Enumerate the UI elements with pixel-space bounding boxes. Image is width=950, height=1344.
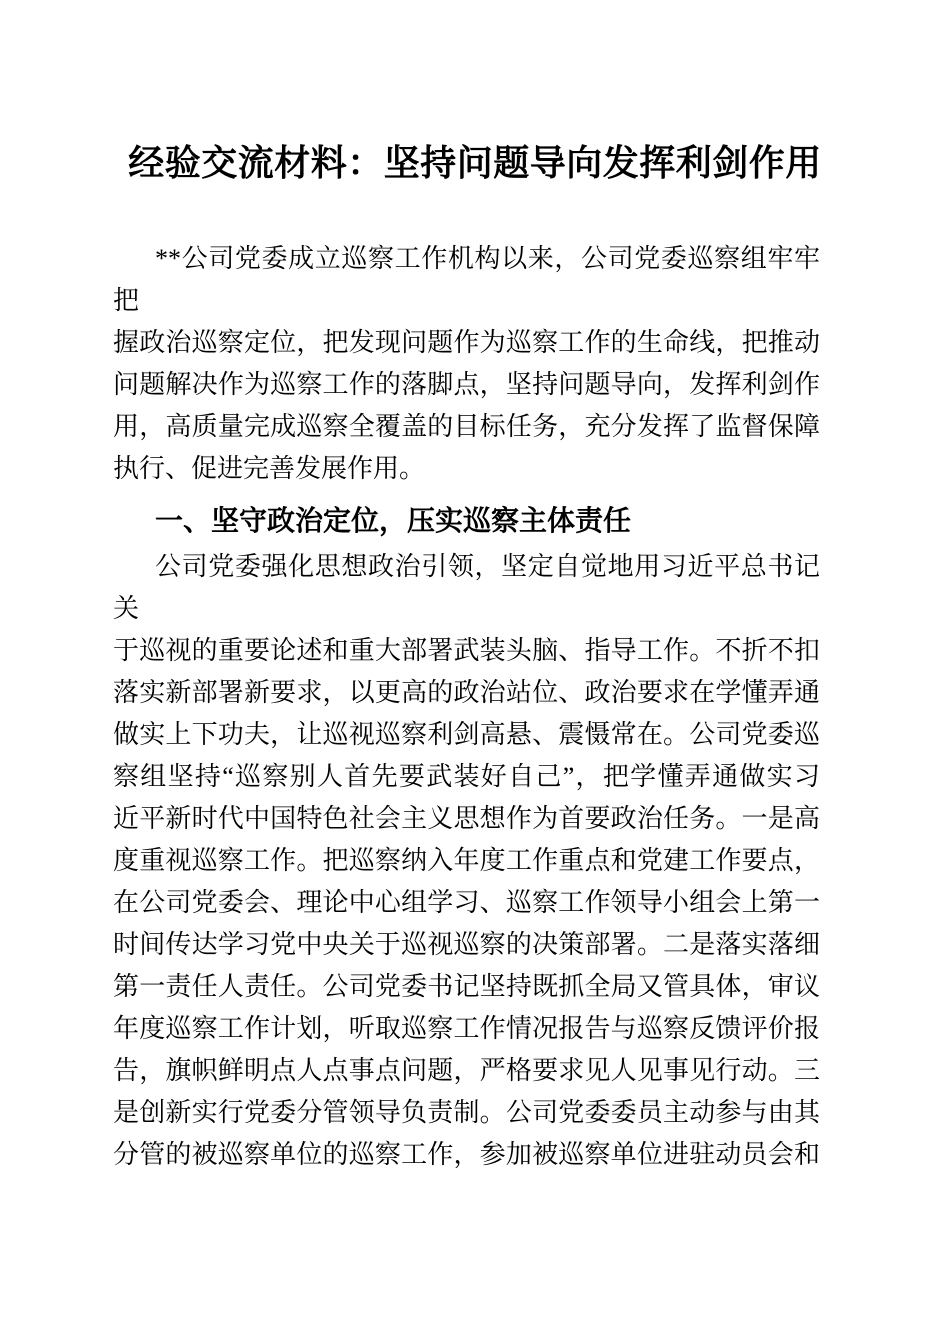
text-line: 在公司党委会、理论中心组学习、巡察工作领导小组会上第一 bbox=[113, 882, 820, 924]
text-line: 落实新部署新要求，以更高的政治站位、政治要求在学懂弄通 bbox=[113, 672, 820, 714]
text-line: 做实上下功夫，让巡视巡察利剑高悬、震慑常在。公司党委巡 bbox=[113, 714, 820, 756]
text-line: **公司党委成立巡察工作机构以来，公司党委巡察组牢牢把 bbox=[113, 238, 820, 322]
text-line: 公司党委强化思想政治引领，坚定自觉地用习近平总书记关 bbox=[113, 546, 820, 630]
text-line: 近平新时代中国特色社会主义思想作为首要政治任务。一是高 bbox=[113, 798, 820, 840]
text-line: 于巡视的重要论述和重大部署武装头脑、指导工作。不折不扣 bbox=[113, 630, 820, 672]
paragraph-intro: **公司党委成立巡察工作机构以来，公司党委巡察组牢牢把 握政治巡察定位，把发现问… bbox=[113, 238, 820, 490]
document-page: 经验交流材料：坚持问题导向发挥利剑作用 **公司党委成立巡察工作机构以来，公司党… bbox=[0, 0, 950, 1344]
document-title: 经验交流材料：坚持问题导向发挥利剑作用 bbox=[20, 140, 930, 186]
text-line: 执行、促进完善发展作用。 bbox=[113, 448, 820, 490]
text-line: 时间传达学习党中央关于巡视巡察的决策部署。二是落实落细 bbox=[113, 924, 820, 966]
text-line: 用，高质量完成巡察全覆盖的目标任务，充分发挥了监督保障 bbox=[113, 406, 820, 448]
text-line: 察组坚持“巡察别人首先要武装好自己”，把学懂弄通做实习 bbox=[113, 756, 820, 798]
paragraph-section-1: 公司党委强化思想政治引领，坚定自觉地用习近平总书记关 于巡视的重要论述和重大部署… bbox=[113, 546, 820, 1176]
text-line: 是创新实行党委分管领导负责制。公司党委委员主动参与由其 bbox=[113, 1092, 820, 1134]
text-line: 握政治巡察定位，把发现问题作为巡察工作的生命线，把推动 bbox=[113, 322, 820, 364]
text-line: 分管的被巡察单位的巡察工作，参加被巡察单位进驻动员会和 bbox=[113, 1134, 820, 1176]
section-heading-1: 一、坚守政治定位，压实巡察主体责任 bbox=[113, 500, 820, 542]
text-line: 度重视巡察工作。把巡察纳入年度工作重点和党建工作要点， bbox=[113, 840, 820, 882]
document-body: **公司党委成立巡察工作机构以来，公司党委巡察组牢牢把 握政治巡察定位，把发现问… bbox=[113, 238, 820, 1176]
text-line: 问题解决作为巡察工作的落脚点，坚持问题导向，发挥利剑作 bbox=[113, 364, 820, 406]
text-line: 年度巡察工作计划，听取巡察工作情况报告与巡察反馈评价报 bbox=[113, 1008, 820, 1050]
text-line: 第一责任人责任。公司党委书记坚持既抓全局又管具体，审议 bbox=[113, 966, 820, 1008]
text-line: 告，旗帜鲜明点人点事点问题，严格要求见人见事见行动。三 bbox=[113, 1050, 820, 1092]
